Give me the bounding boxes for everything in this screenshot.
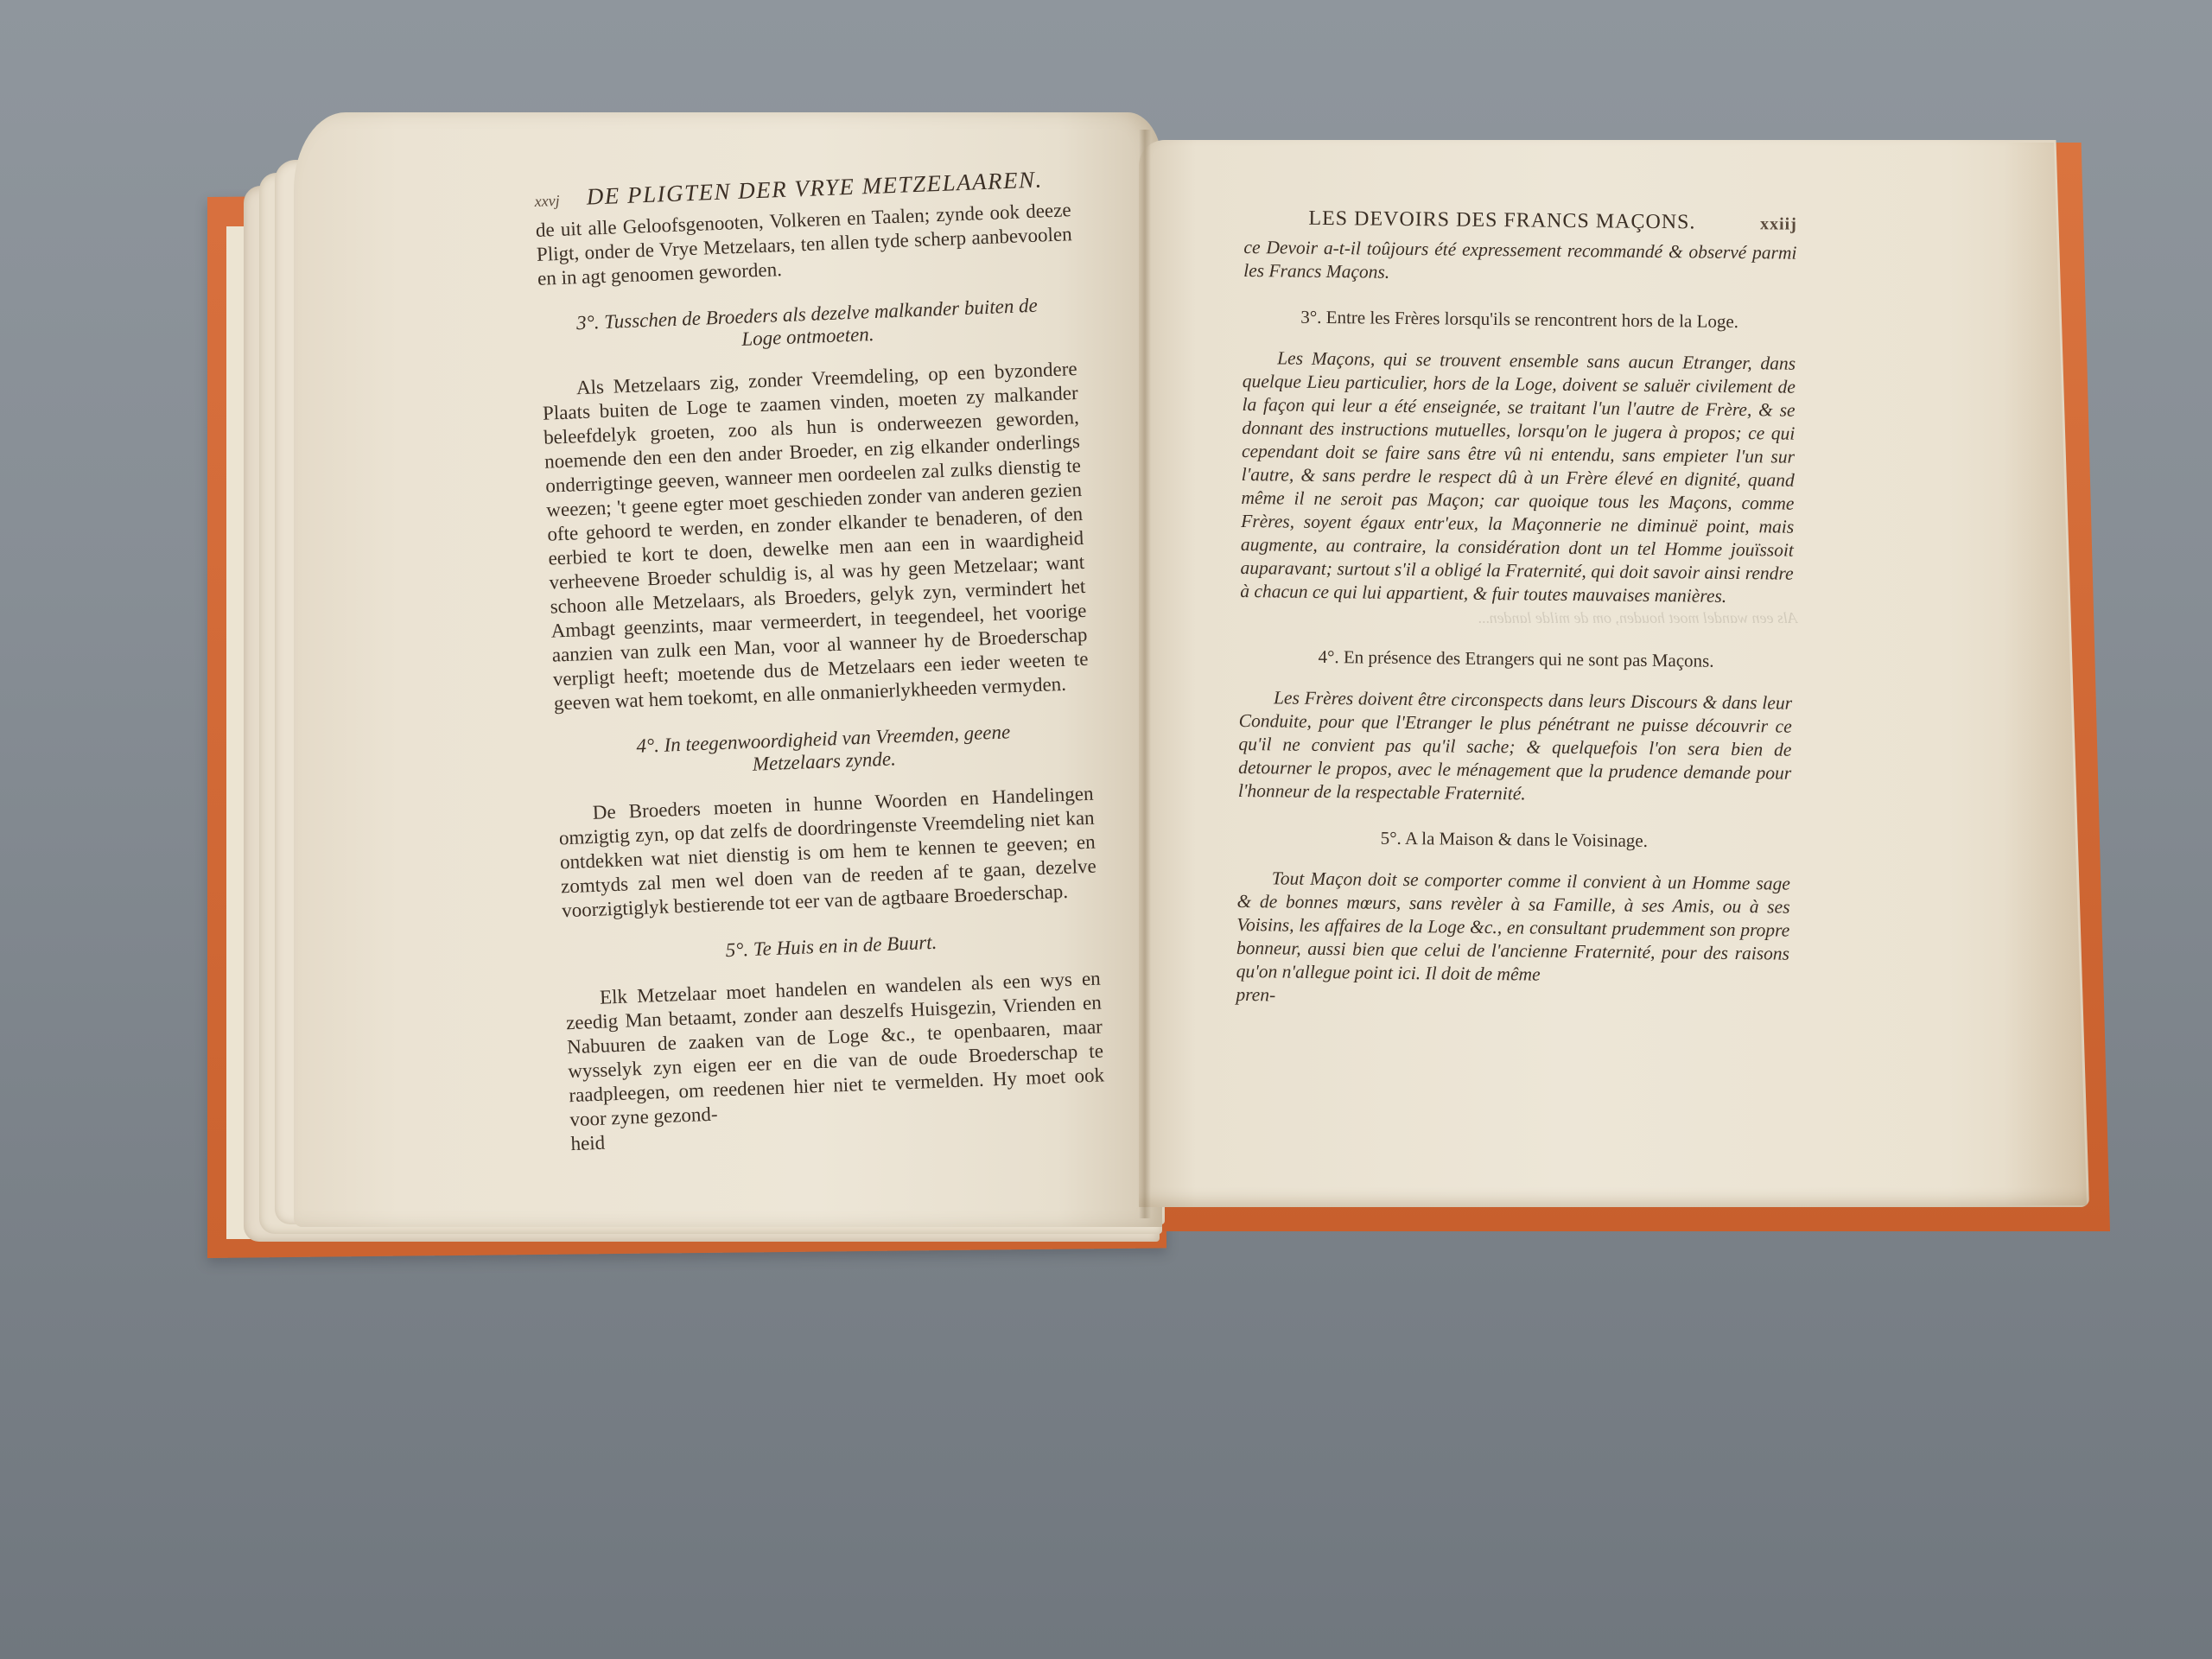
section-heading: 3°. Tusschen de Broeders als dezelve mal… [574,295,1042,358]
section-heading: 5°. Te Huis en in de Buurt. [598,926,1065,967]
section-heading: 3°. Entre les Frères lorsqu'ils se renco… [1278,305,1762,333]
paragraph: De Broeders moeten in hunne Woorden en H… [557,782,1097,924]
left-page-text: xxvj DE PLIGTEN DER VRYE METZELAAREN. de… [534,166,1107,1156]
paragraph: Elk Metzelaar moet handelen en wandelen … [565,967,1106,1133]
right-page-text: LES DEVOIRS DES FRANCS MAÇONS. xxiij ce … [1236,206,1797,1013]
page-number: xxvj [534,188,560,213]
paragraph: Als Metzelaars zig, zonder Vreemdeling, … [541,357,1090,716]
section-heading: 4°. In teegenwoordigheid van Vreemden, g… [590,719,1058,782]
paragraph: de uit alle Geloofsgenooten, Volkeren en… [535,198,1073,291]
page-number: xxiij [1760,212,1797,236]
running-title: LES DEVOIRS DES FRANCS MAÇONS. [1244,206,1760,235]
paragraph: Tout Maçon doit se comporter comme il co… [1236,867,1790,989]
book-gutter [1139,130,1151,1218]
running-head: LES DEVOIRS DES FRANCS MAÇONS. xxiij [1244,206,1797,237]
section-heading: 5°. A la Maison & dans le Voisinage. [1272,825,1756,853]
paragraph: Les Frères doivent être circonspects dan… [1238,686,1792,809]
paragraph: ce Devoir a-t-il toûjours été expresseme… [1243,236,1797,289]
paragraph: Les Maçons, qui se trouvent ensemble san… [1240,346,1796,609]
section-heading: 4°. En présence des Etrangers qui ne son… [1274,645,1758,672]
